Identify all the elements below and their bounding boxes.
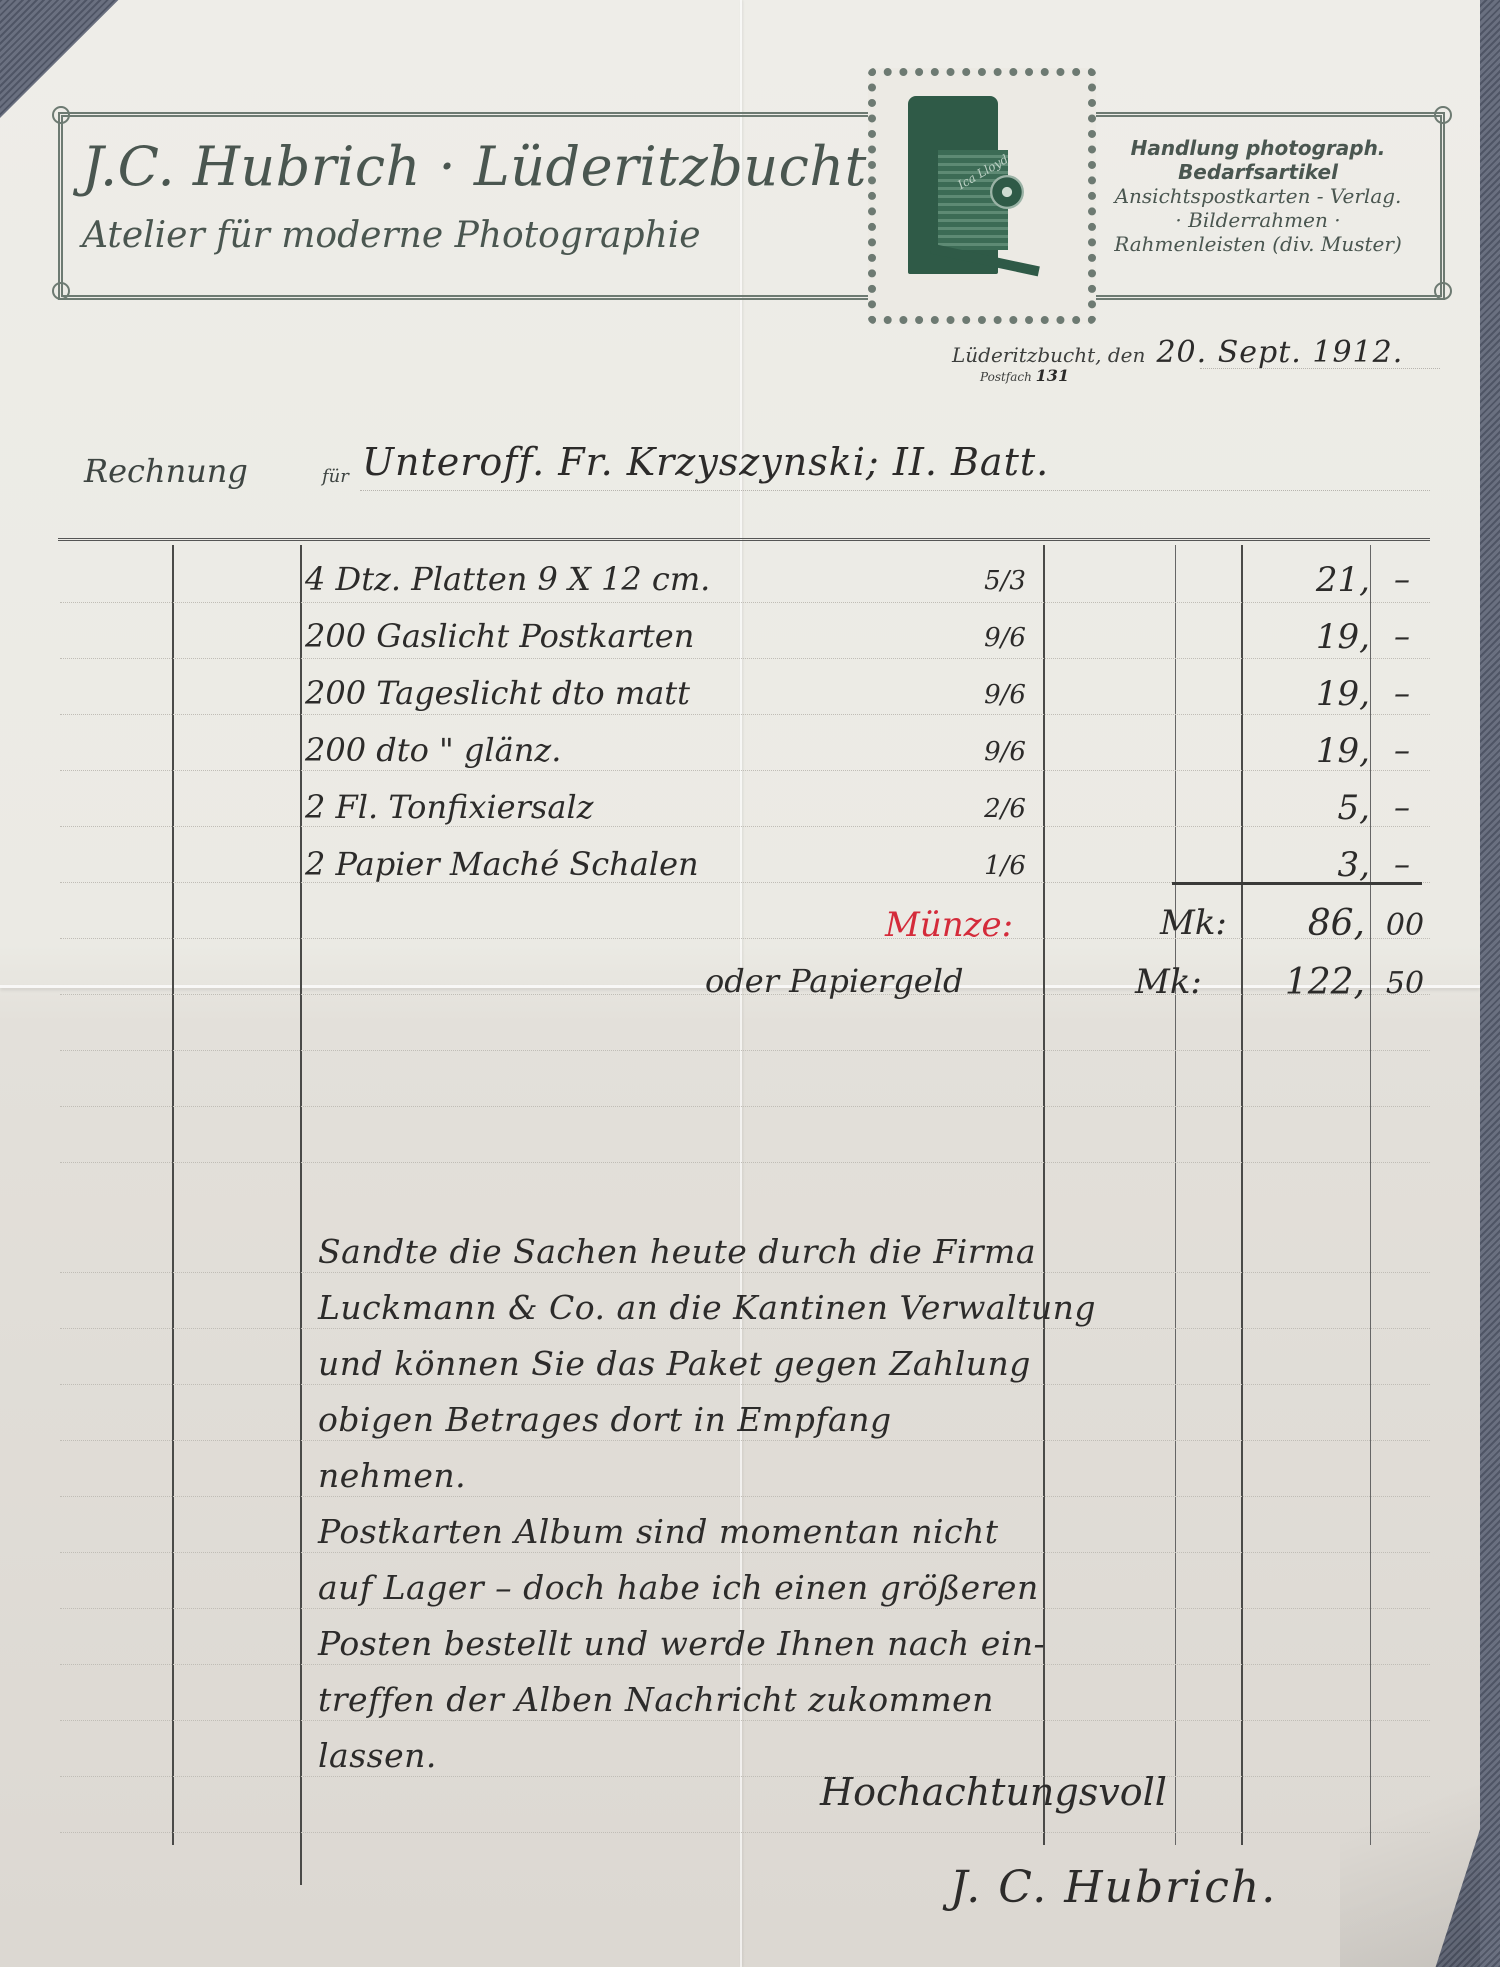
ruled-line — [60, 1720, 1430, 1721]
ruled-line — [60, 658, 1430, 659]
rosette-ornament-icon — [1434, 106, 1452, 124]
column-divider-mark — [1241, 545, 1243, 1845]
for-label: für — [322, 466, 349, 487]
date-handwritten: 20. Sept. 1912. — [1156, 335, 1403, 370]
rosette-ornament-icon — [1434, 282, 1452, 300]
service-item: Ansichtspostkarten - Verlag. — [1098, 184, 1418, 208]
item-amount-mark: 19, — [1270, 731, 1370, 771]
total-paper-label: oder Papiergeld — [705, 962, 963, 1000]
item-amount-pfennig: – — [1372, 617, 1432, 655]
item-unit-price: 1/6 — [970, 851, 1040, 881]
service-item: Handlung photograph. — [1098, 136, 1418, 160]
item-amount-pfennig: – — [1372, 845, 1432, 883]
total-paper-mark: 122, — [1235, 962, 1365, 1003]
item-amount-mark: 5, — [1270, 788, 1370, 828]
ruled-line — [60, 1552, 1430, 1553]
ruled-line — [60, 1106, 1430, 1107]
item-unit-price: 5/3 — [970, 566, 1040, 596]
service-item: Rahmenleisten (div. Muster) — [1098, 232, 1418, 256]
item-amount-mark: 19, — [1270, 674, 1370, 714]
total-paper-pfennig: 50 — [1375, 966, 1435, 1001]
ruled-line — [60, 1328, 1430, 1329]
letter-line: auf Lager – doch habe ich einen größeren — [318, 1568, 1039, 1607]
ruled-line — [60, 1440, 1430, 1441]
rosette-ornament-icon — [52, 106, 70, 124]
ruled-line — [60, 1664, 1430, 1665]
recipient-name: Unteroff. Fr. Krzyszynski; II. Batt. — [362, 440, 1049, 484]
item-description: 2 Fl. Tonfixiersalz — [305, 788, 594, 826]
letter-line: nehmen. — [318, 1456, 466, 1495]
column-divider-description — [300, 545, 302, 1885]
item-unit-price: 9/6 — [970, 623, 1040, 653]
item-unit-price: 2/6 — [970, 794, 1040, 824]
column-divider-pfennig — [1370, 545, 1371, 1845]
place-date-line: Lüderitzbucht, den 20. Sept. 1912. — [952, 335, 1403, 370]
item-description: 2 Papier Maché Schalen — [305, 845, 699, 883]
item-amount-mark: 19, — [1270, 617, 1370, 657]
item-description: 200 Tageslicht dto matt — [305, 674, 690, 712]
paper-corner-curl — [1340, 1707, 1480, 1967]
service-item: Bedarfsartikel — [1098, 160, 1418, 184]
total-coin-label: Münze: — [885, 905, 1013, 945]
item-amount-pfennig: – — [1372, 560, 1432, 598]
letter-line: Sandte die Sachen heute durch die Firma — [318, 1232, 1036, 1271]
signature: J. C. Hubrich. — [950, 1862, 1277, 1913]
total-coin-mark: 86, — [1235, 903, 1365, 944]
letter-line: Posten bestellt und werde Ihnen nach ein… — [318, 1624, 1045, 1663]
ruled-line — [60, 1776, 1430, 1777]
ruled-line — [60, 1272, 1430, 1273]
recipient-dotted-rule — [360, 490, 1430, 491]
postfach-number: 131 — [1036, 366, 1069, 385]
letter-line: obigen Betrages dort in Empfang — [318, 1400, 892, 1439]
rosette-ornament-icon — [52, 282, 70, 300]
letter-line: treffen der Alben Nachricht zukommen — [318, 1680, 994, 1719]
item-amount-mark: 3, — [1270, 845, 1370, 885]
letter-closing: Hochachtungsvoll — [820, 1770, 1167, 1814]
letter-line: Postkarten Album sind momentan nicht — [318, 1512, 999, 1551]
ruled-line — [60, 1608, 1430, 1609]
ruled-line — [60, 1162, 1430, 1163]
item-unit-price: 9/6 — [970, 737, 1040, 767]
item-amount-pfennig: – — [1372, 731, 1432, 769]
service-item: · Bilderrahmen · — [1098, 208, 1418, 232]
services-list: Handlung photograph. Bedarfsartikel Ansi… — [1098, 136, 1418, 256]
item-amount-pfennig: – — [1372, 674, 1432, 712]
place-printed: Lüderitzbucht, den — [952, 343, 1145, 367]
ruled-line — [60, 602, 1430, 603]
item-amount-pfennig: – — [1372, 788, 1432, 826]
letter-line: lassen. — [318, 1736, 437, 1775]
item-description: 4 Dtz. Platten 9 X 12 cm. — [305, 560, 710, 598]
item-amount-mark: 21, — [1270, 560, 1370, 600]
column-divider-margin — [172, 545, 174, 1845]
company-tagline: Atelier für moderne Photographie — [82, 215, 701, 256]
postfach-label: Postfach — [980, 370, 1032, 384]
postfach: Postfach 131 — [980, 366, 1069, 385]
company-name: J.C. Hubrich · Lüderitzbucht — [82, 135, 867, 198]
ruled-line — [60, 770, 1430, 771]
sum-rule — [1172, 882, 1422, 885]
ruled-line — [60, 1832, 1430, 1833]
letter-line: Luckmann & Co. an die Kantinen Verwaltun… — [318, 1288, 1096, 1327]
ruled-line — [60, 826, 1430, 827]
table-top-rule — [58, 538, 1430, 545]
item-description: 200 Gaslicht Postkarten — [305, 617, 694, 655]
letter-line: und können Sie das Paket gegen Zahlung — [318, 1344, 1031, 1383]
total-coin-pfennig: 00 — [1375, 908, 1435, 943]
column-divider-blank — [1175, 545, 1176, 1845]
invoice-label: Rechnung — [84, 452, 248, 490]
item-unit-price: 9/6 — [970, 680, 1040, 710]
total-coin-currency: Mk: — [1160, 903, 1227, 943]
ruled-line — [60, 714, 1430, 715]
item-description: 200 dto " glänz. — [305, 731, 561, 769]
total-paper-currency: Mk: — [1135, 962, 1202, 1002]
ruled-line — [60, 1050, 1430, 1051]
date-dotted-rule — [1200, 368, 1440, 369]
ruled-line — [60, 1496, 1430, 1497]
ruled-line — [60, 1384, 1430, 1385]
